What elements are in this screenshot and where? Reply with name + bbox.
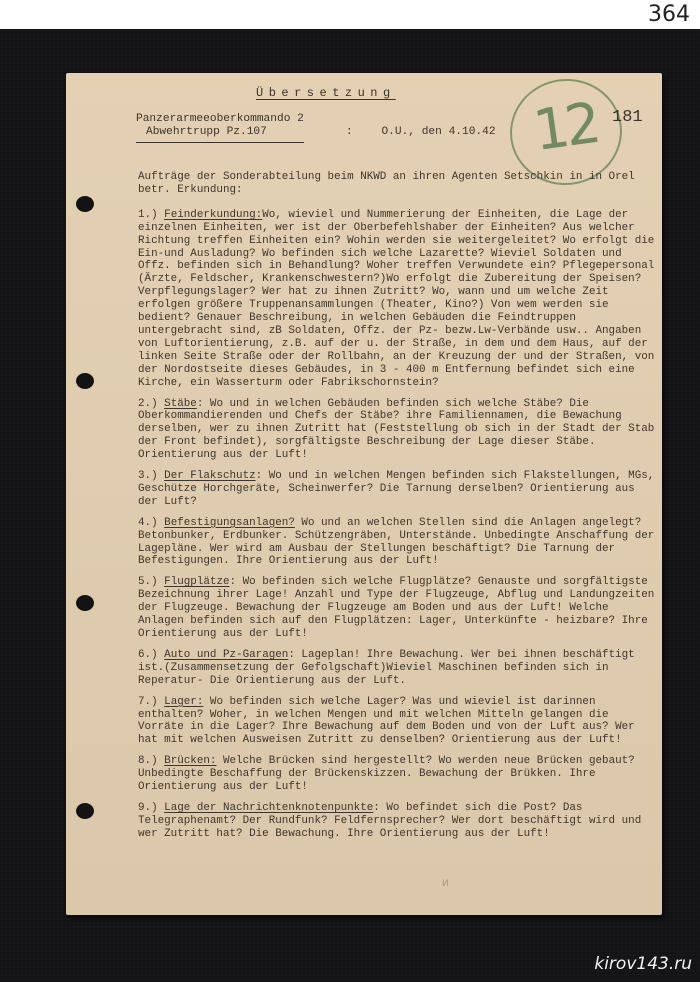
task-item: 2.) Stäbe: Wo und in welchen Gebäuden be… [138,398,658,463]
task-item: 8.) Brücken: Welche Brücken sind hergest… [138,755,658,794]
task-number: 9.) [138,802,158,814]
task-heading: Befestigungsanlagen? [164,517,295,529]
task-heading: Lage der Nachrichtenknotenpunkte [164,802,373,814]
punch-hole [76,196,94,212]
task-heading: Brücken: [164,755,216,767]
date-text: O.U., den 4.10.42 [381,126,495,138]
task-text: Wo, wieviel und Nummerierung der Einheit… [138,209,654,389]
task-heading: Stäbe [164,398,197,410]
task-number: 3.) [138,470,158,482]
task-heading: Flugplätze [164,576,229,588]
task-item: 7.) Lager: Wo befinden sich welche Lager… [138,696,658,748]
task-text: Wo befinden sich welche Lager? Was und w… [138,696,635,747]
document-sheet: Übersetzung 12 181 Panzerarmeeoberkomman… [66,73,662,915]
document-body: Aufträge der Sonderabteilung beim NKWD a… [138,171,658,849]
task-heading: Feinderkundung: [164,209,262,221]
page-number: 364 [648,2,690,28]
sender-line-1: Panzerarmeeoberkommando 2 [136,113,304,126]
sender-line-2: Abwehrtrupp Pz.107 [136,126,304,143]
task-item: 9.) Lage der Nachrichtenknotenpunkte: Wo… [138,802,658,841]
task-heading: Lager: [164,696,203,708]
task-item: 6.) Auto und Pz-Garagen: Lageplan! Ihre … [138,649,658,688]
task-item: 4.) Befestigungsanlagen? Wo und an welch… [138,517,658,569]
task-text: : Wo und in welchen Gebäuden befinden si… [138,398,654,462]
date-colon: : [346,126,353,138]
date-line: : O.U., den 4.10.42 [346,126,496,138]
task-list: 1.) Feinderkundung:Wo, wieviel und Numme… [138,209,658,841]
sender-block: Panzerarmeeoberkommando 2 Abwehrtrupp Pz… [136,113,304,143]
task-number: 8.) [138,755,158,767]
task-number: 6.) [138,649,158,661]
stamp-number: 12 [507,88,623,167]
document-title: Übersetzung [256,86,396,100]
punch-hole [76,373,94,389]
task-number: 2.) [138,398,158,410]
task-number: 7.) [138,696,158,708]
intro-paragraph: Aufträge der Sonderabteilung beim NKWD a… [138,171,658,197]
task-item: 1.) Feinderkundung:Wo, wieviel und Numme… [138,209,658,390]
punch-hole [76,803,94,819]
punch-hole [76,595,94,611]
task-heading: Auto und Pz-Garagen [164,649,288,661]
folio-number: 181 [612,108,643,127]
task-item: 3.) Der Flakschutz: Wo und in welchen Me… [138,470,658,509]
task-number: 1.) [138,209,158,221]
task-number: 4.) [138,517,158,529]
task-heading: Der Flakschutz [164,470,256,482]
watermark: kirov143.ru [594,954,692,974]
task-number: 5.) [138,576,158,588]
task-item: 5.) Flugplätze: Wo befinden sich welche … [138,576,658,641]
pencil-mark: И [442,879,449,889]
